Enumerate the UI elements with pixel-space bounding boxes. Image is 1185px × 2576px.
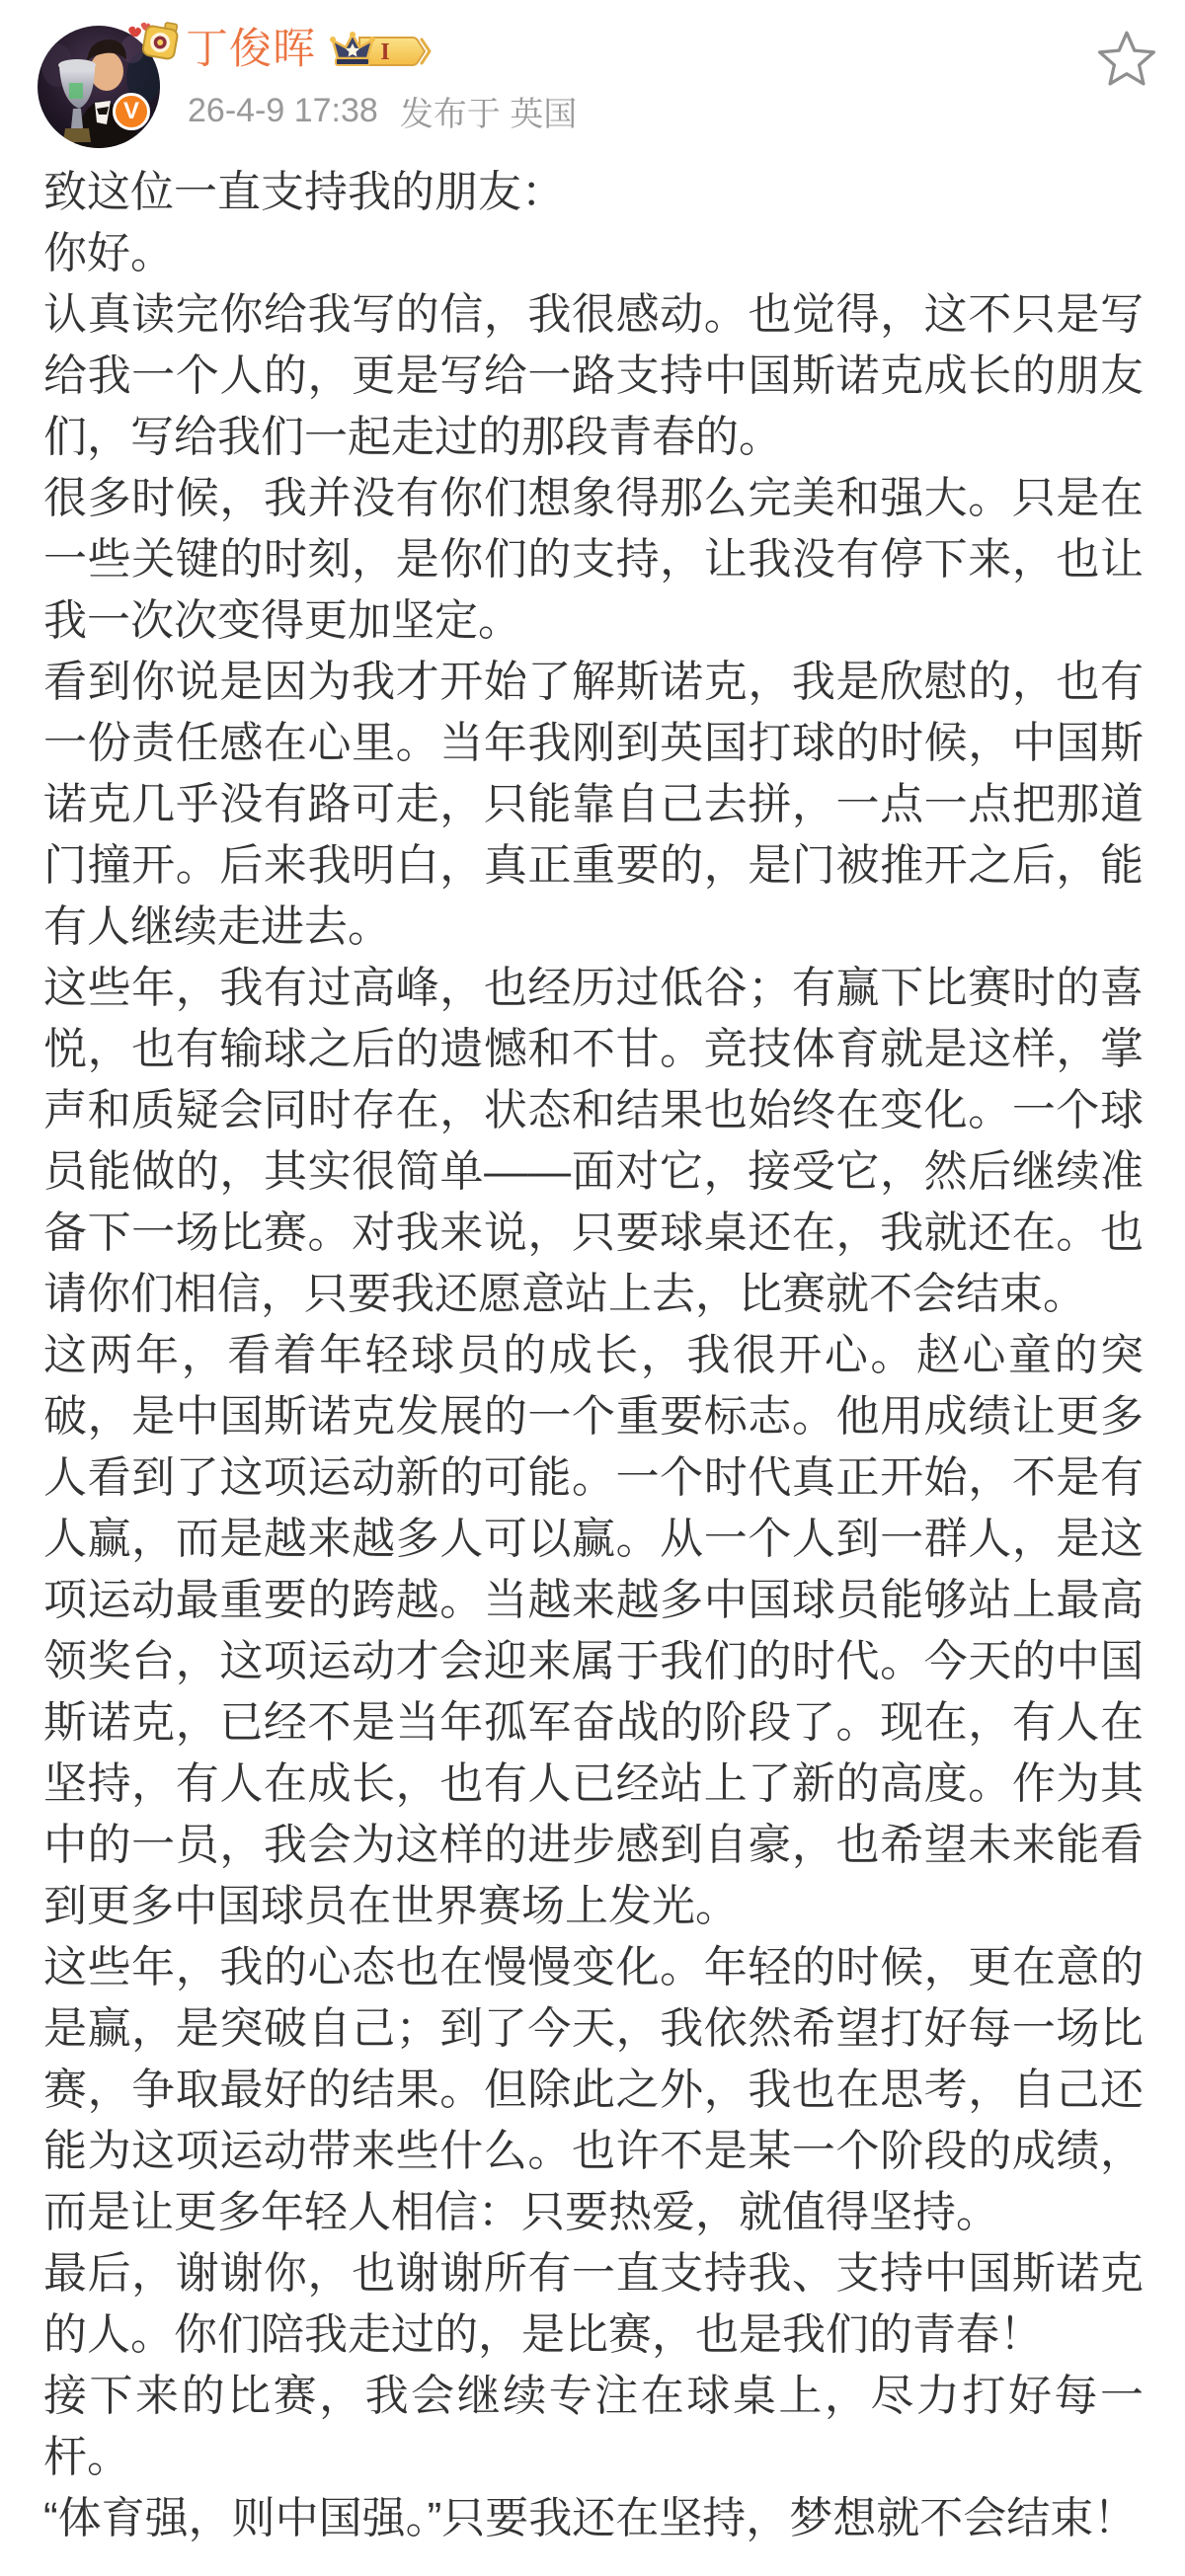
post-paragraph: 这些年，我的心态也在慢慢变化。年轻的时候，更在意的是赢，是突破自己；到了今天，我… <box>43 1937 1144 2243</box>
user-avatar[interactable]: V <box>38 26 160 148</box>
post-paragraph: 接下来的比赛，我会继续专注在球桌上，尽力打好每一杆。 <box>43 2366 1144 2488</box>
post-paragraph: “体育强，则中国强。”只要我还在坚持，梦想就不会结束！ <box>43 2488 1144 2549</box>
post-source: 发布于 英国 <box>400 87 577 135</box>
post-paragraph: 最后，谢谢你，也谢谢所有一直支持我、支持中国斯诺克的人。你们陪我走过的，是比赛，… <box>43 2243 1144 2366</box>
post-paragraph: 你好。 <box>43 223 1144 284</box>
post-meta: 26-4-9 17:38 发布于 英国 <box>188 87 577 135</box>
post-paragraph: 这两年，看着年轻球员的成长，我很开心。赵心童的突破，是中国斯诺克发展的一个重要标… <box>43 1325 1144 1937</box>
post-timestamp: 26-4-9 17:38 <box>188 92 378 130</box>
user-name-row: 丁俊晖 I <box>186 26 434 73</box>
verified-v-badge: V <box>113 93 150 130</box>
svg-text:I: I <box>380 39 389 65</box>
post-paragraph: 看到你说是因为我才开始了解斯诺克，我是欣慰的，也有一份责任感在心里。当年我刚到英… <box>43 652 1144 958</box>
post-paragraph: 这些年，我有过高峰，也经历过低谷；有赢下比赛时的喜悦，也有输球之后的遗憾和不甘。… <box>43 958 1144 1325</box>
post-paragraph: 很多时候，我并没有你们想象得那么完美和强大。只是在一些关键的时刻，是你们的支持，… <box>43 468 1144 652</box>
post-paragraph: 认真读完你给我写的信，我很感动。也觉得，这不只是写给我一个人的，更是写给一路支持… <box>43 284 1144 468</box>
post-text: 致这位一直支持我的朋友： 你好。 认真读完你给我写的信，我很感动。也觉得，这不只… <box>43 162 1144 2549</box>
favorite-star-icon[interactable] <box>1094 26 1159 91</box>
weibo-post-page: V 丁俊晖 I 26-4-9 17:38 发布于 英国 <box>0 0 1185 2576</box>
vip-level-badge-icon[interactable]: I <box>330 31 434 72</box>
avatar-pendant-icon <box>122 22 182 65</box>
post-paragraph: 致这位一直支持我的朋友： <box>43 162 1144 223</box>
username[interactable]: 丁俊晖 <box>186 26 316 73</box>
